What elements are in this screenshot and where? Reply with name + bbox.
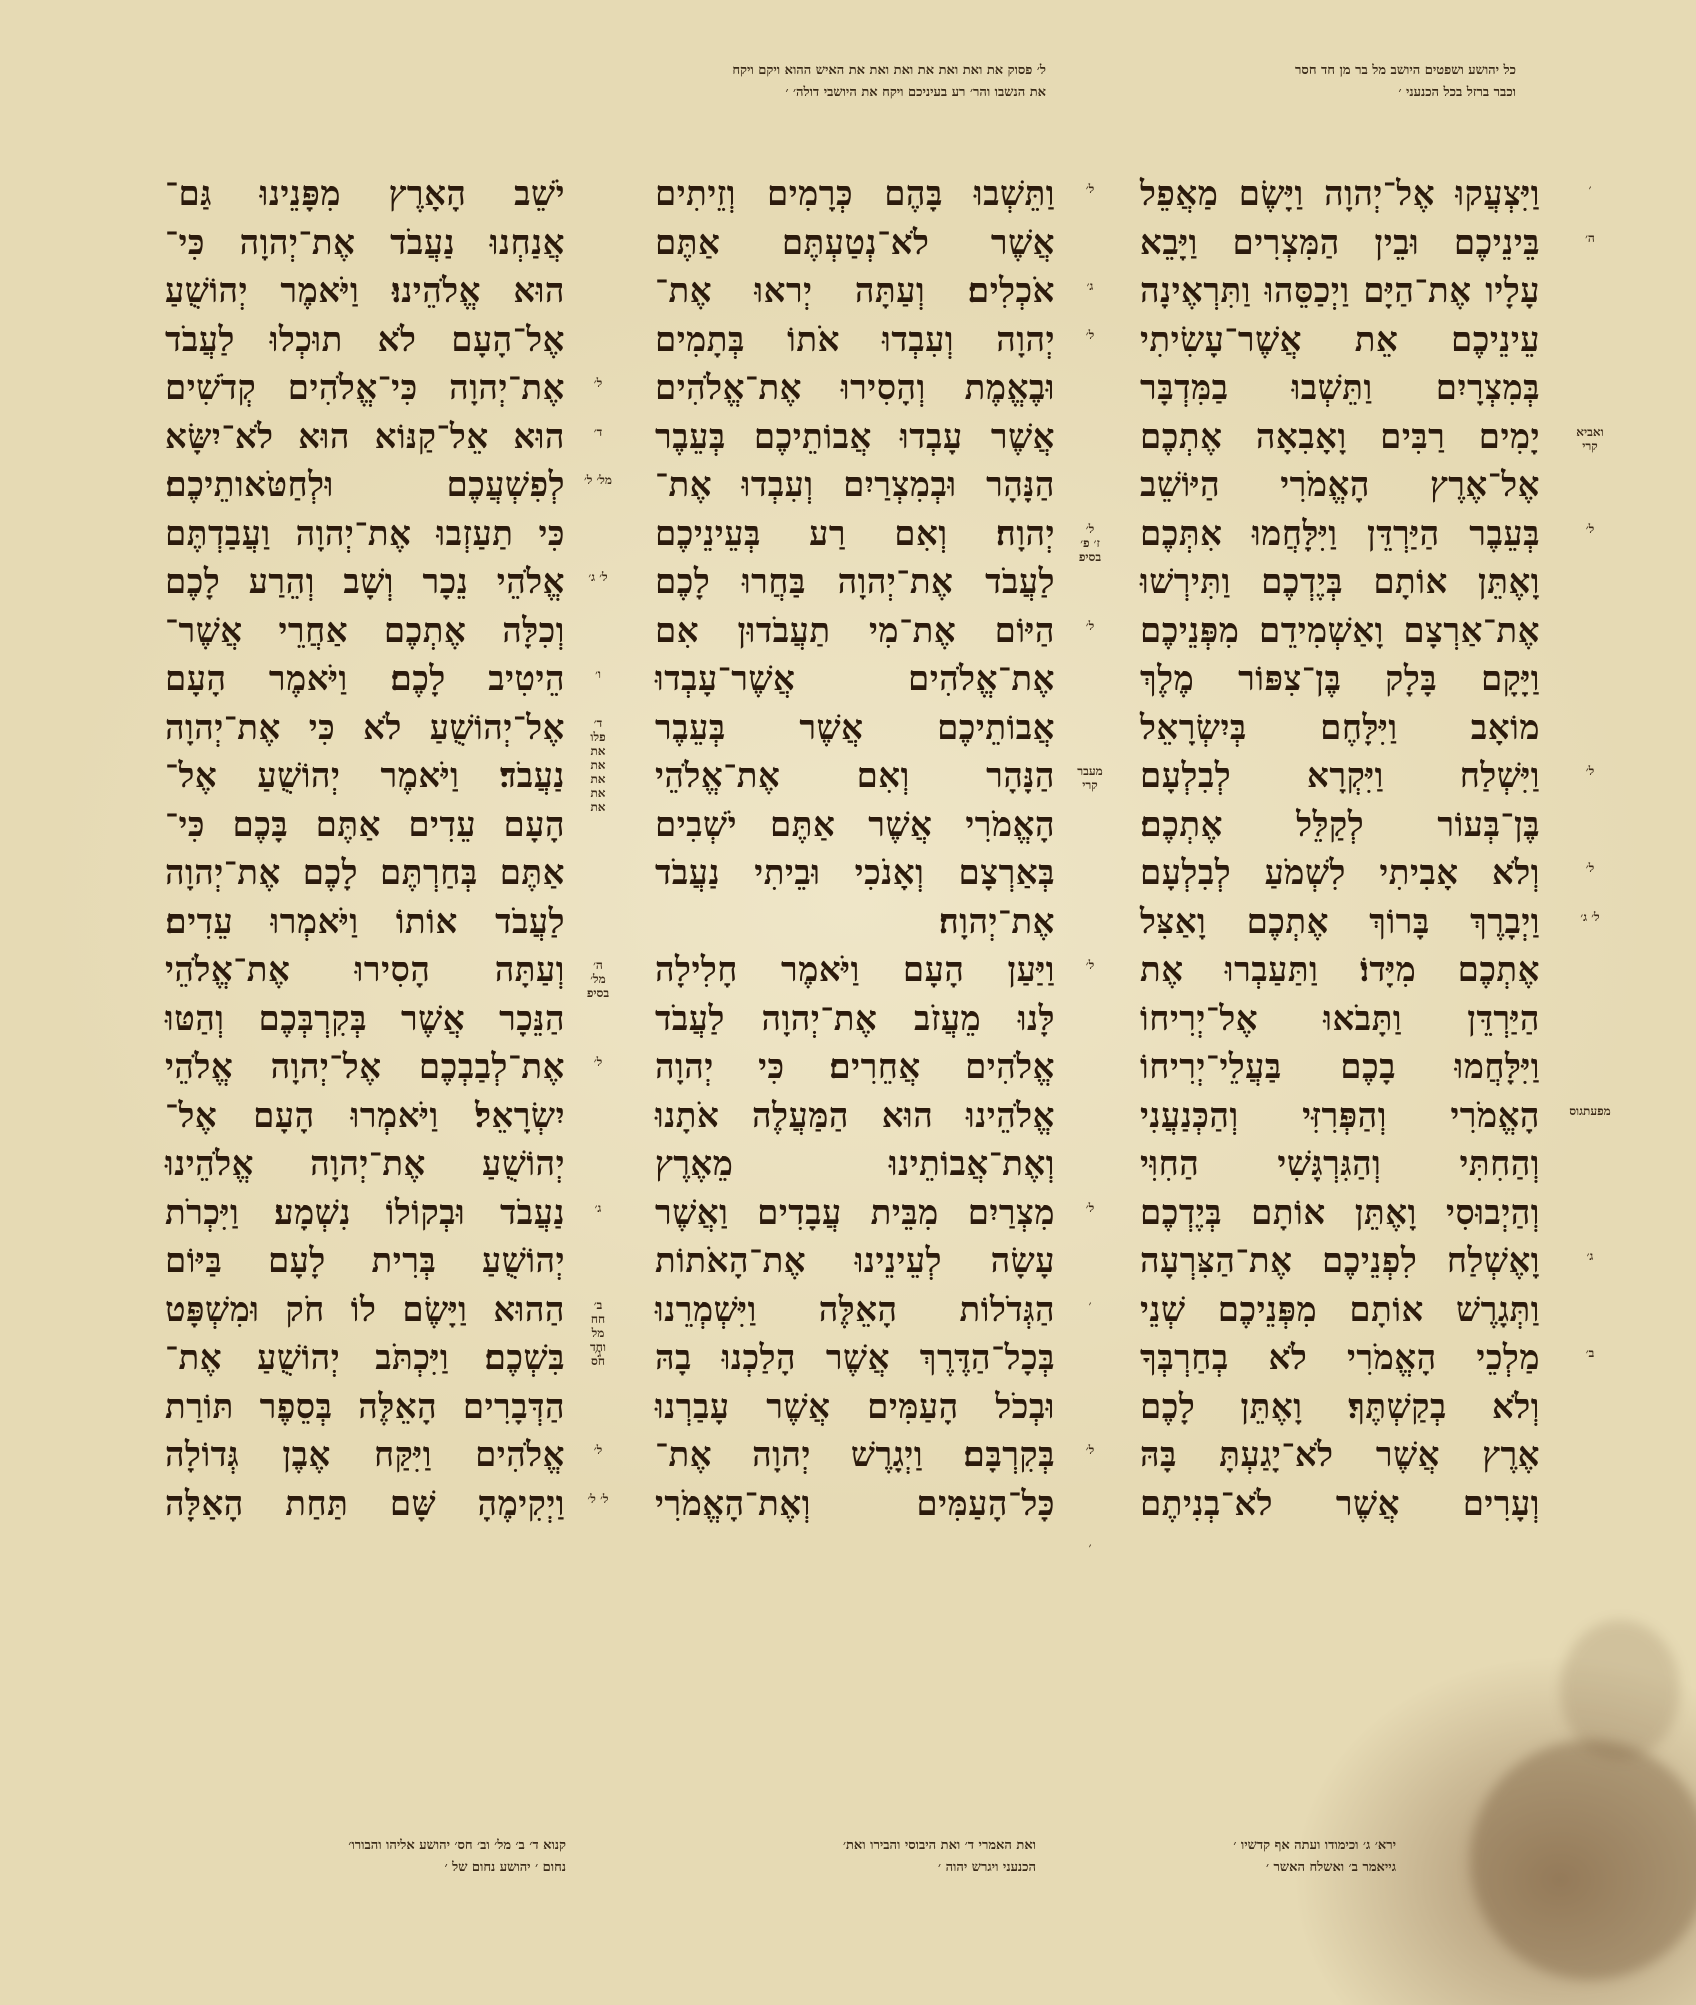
text-line: יְהוָה׃ וְאִם רַע בְּעֵינֵיכֶם <box>655 510 1055 559</box>
text-line: הוּא אֵל־קַנּוֹא הוּא לֹא־יִשָּׂא <box>165 413 565 462</box>
text-line: וָאֶתֵּן אוֹתָם בְּיֶדְכֶם וַתִּירְשׁוּ <box>1140 558 1540 607</box>
text-line: וַתֵּשְׁבוּ בָּהֶם כְּרָמִים וְזֵיתִים <box>655 170 1055 219</box>
masora-parva-note: מל׳ ל׳ <box>568 473 628 487</box>
text-line: בְּכָל־הַדֶּרֶךְ אֲשֶׁר הָלַכְנוּ בָהּ <box>655 1334 1055 1383</box>
text-line: יְהוָה וְעִבְדוּ אֹתוֹ בְּתָמִים <box>655 316 1055 365</box>
text-line: אֶת־אֱלֹהִים אֲשֶׁר־עָבְדוּ <box>655 655 1055 704</box>
text-line: וַיְקִימֶהָ שָּׁם תַּחַת הָאַלָּה <box>165 1480 565 1529</box>
text-line: וַיְבָרֶךְ בָּרוֹךְ אֶתְכֶם וָאַצִּל <box>1140 898 1540 947</box>
text-line: וַיַּעַן הָעָם וַיֹּאמֶר חָלִילָה <box>655 946 1055 995</box>
text-line: כִּי תַעַזְבוּ אֶת־יְהוָה וַעֲבַדְתֶּם <box>165 510 565 559</box>
text-line: הַנָּהָר וּבְמִצְרַיִם וְעִבְדוּ אֶת־ <box>655 461 1055 510</box>
text-line: אֶת־לְבַבְכֶם אֶל־יְהוָה אֱלֹהֵי <box>165 1043 565 1092</box>
text-line: וְעַתָּה הָסִירוּ אֶת־אֱלֹהֵי <box>165 946 565 995</box>
masora-parva-note: ל׳ ז׳ פ׳ בסיפ <box>1060 522 1120 564</box>
text-line: הֵיטִיב לָכֶם׃ וַיֹּאמֶר הָעָם <box>165 655 565 704</box>
masora-parva-note: ל׳ ג׳ <box>568 570 628 584</box>
text-line: אֲשֶׁר עָבְדוּ אֲבוֹתֵיכֶם בְּעֵבֶר <box>655 413 1055 462</box>
text-line: אַתֶּם בְּחַרְתֶּם לָכֶם אֶת־יְהוָה <box>165 849 565 898</box>
masora-line: כל יהושע ושפטים היושב מל בר מן חד חסר <box>1295 60 1516 82</box>
text-column-right: וַיִּצְעֲקוּ אֶל־יְהוָה וַיָּשֶׂם מַאֲפֵ… <box>1140 170 1540 1528</box>
text-line: עָשָׂה לְעֵינֵינוּ אֶת־הָאֹתוֹת <box>655 1237 1055 1286</box>
masora-parva-note: ל׳ <box>1060 182 1120 196</box>
text-line: אֲנַחְנוּ נַעֲבֹד אֶת־יְהוָה כִּי־ <box>165 219 565 268</box>
text-line: אֱלֹהֵי נֵכָר וְשָׁב וְהֵרַע לָכֶם <box>165 558 565 607</box>
masora-parva-note: ל׳ <box>1560 861 1620 875</box>
masora-parva-note: מפעתגוס <box>1560 1104 1620 1118</box>
masora-parva-note: ה׳ מל׳ בסיפ <box>568 958 628 1000</box>
masora-line: גייאמר ב׳ ואשלח האשר ׳ <box>1233 1857 1396 1879</box>
masora-parva-note: ד׳ <box>568 425 628 439</box>
parchment-stain <box>1560 1620 1680 1760</box>
text-line: הָאֱמֹרִי וְהַפְּרִזִּי וְהַכְּנַעֲנִי <box>1140 1092 1540 1141</box>
text-line: הַגְּדֹלוֹת הָאֵלֶּה וַיִּשְׁמְרֵנוּ <box>655 1286 1055 1335</box>
text-line: וְלֹא אָבִיתִי לִשְׁמֹעַ לְבִלְעָם <box>1140 849 1540 898</box>
text-line: הוּא אֱלֹהֵינוּ׃ וַיֹּאמֶר יְהוֹשֻׁעַ <box>165 267 565 316</box>
text-column-left: יֹשֵׁב הָאָרֶץ מִפָּנֵינוּ גַּם־אֲנַחְנו… <box>165 170 565 1528</box>
text-line: הַנָּהָר וְאִם אֶת־אֱלֹהֵי <box>655 752 1055 801</box>
masora-parva-note: ג׳ <box>568 1346 628 1360</box>
masora-parva-note: ה׳ <box>1560 231 1620 245</box>
text-line: וְלֹא בְקַשְׁתֶּךָ׃ וָאֶתֵּן לָכֶם <box>1140 1383 1540 1432</box>
text-line: יְהוֹשֻׁעַ אֶת־יְהוָה אֱלֹהֵינוּ <box>165 1140 565 1189</box>
text-line: וְהַחִתִּי וְהַגִּרְגָּשִׁי הַחִוִּי <box>1140 1140 1540 1189</box>
text-line: אֹכְלִים׃ וְעַתָּה יְראוּ אֶת־ <box>655 267 1055 316</box>
masora-parva-note: מעבר קרי <box>1060 764 1120 792</box>
text-line: מוֹאָב וַיִּלָּחֶם בְּיִשְׂרָאֵל <box>1140 704 1540 753</box>
text-line: בֶּן־בְּעוֹר לְקַלֵּל אֶתְכֶם׃ <box>1140 801 1540 850</box>
masora-parva-note: ל׳ ל׳ <box>568 1492 628 1506</box>
text-line: אֶל־הָעָם לֹא תוּכְלוּ לַעֲבֹד <box>165 316 565 365</box>
masora-parva-note: ואביא קרי <box>1560 425 1620 453</box>
masora-parva-note: ל׳ ג׳ <box>1560 910 1620 924</box>
text-line: אֲשֶׁר לֹא־נְטַעְתֶּם אַתֶּם <box>655 219 1055 268</box>
masora-line: וכבר ברזל בכל הכנעני ׳ <box>1295 82 1516 104</box>
text-line: לְפִשְׁעֲכֶם וּלְחַטֹּאותֵיכֶם׃ <box>165 461 565 510</box>
text-line: אֱלֹהֵינוּ הוּא הַמַּעֲלֶה אֹתָנוּ <box>655 1092 1055 1141</box>
text-line: יִשְׂרָאֵל׃ וַיֹּאמְרוּ הָעָם אֶל־ <box>165 1092 565 1141</box>
text-line: הַיּוֹם אֶת־מִי תַעֲבֹדוּן אִם <box>655 607 1055 656</box>
masora-parva-note: ל׳ <box>1060 958 1120 972</box>
masora-line: קנוא ד׳ ב׳ מל׳ וב׳ חס׳ יהושע אליהו והבור… <box>348 1835 566 1857</box>
masora-parva-note: ג׳ <box>1060 279 1120 293</box>
text-line: נַעֲבֹד׃ וַיֹּאמֶר יְהוֹשֻׁעַ אֶל־ <box>165 752 565 801</box>
masora-parva-note: ׳ <box>1060 1540 1120 1554</box>
text-line: אֶל־יְהוֹשֻׁעַ לֹא כִּי אֶת־יְהוָה <box>165 704 565 753</box>
text-line: יָמִים רַבִּים וָאָבִאָה אֶתְכֶם <box>1140 413 1540 462</box>
text-line: אֶת־יְהוָה כִּי־אֱלֹהִים קְדֹשִׁים <box>165 364 565 413</box>
masora-parva-note: ל׳ <box>1060 1443 1120 1457</box>
masora-line: את הנשבו והר׳ רע בעיניכם ויקח את היושבי … <box>732 82 1046 104</box>
text-line: מַלְכֵי הָאֱמֹרִי לֹא בְחַרְבְּךָ <box>1140 1334 1540 1383</box>
text-line: וְכִלָּה אֶתְכֶם אַחֲרֵי אֲשֶׁר־ <box>165 607 565 656</box>
bottom-masora-right: ירא׳ ג׳ וכימודו ועתה אף קדשיו ׳ גייאמר ב… <box>1233 1835 1396 1879</box>
text-line: אֱלֹהִים וַיִּקַּח אֶבֶן גְּדוֹלָה <box>165 1431 565 1480</box>
masora-parva-note: ל׳ <box>1060 1201 1120 1215</box>
text-column-center: וַתֵּשְׁבוּ בָּהֶם כְּרָמִים וְזֵיתִיםאֲ… <box>655 170 1055 1528</box>
text-line: אֶל־אֶרֶץ הָאֱמֹרִי הַיּוֹשֵׁב <box>1140 461 1540 510</box>
text-line: לַעֲבֹד אוֹתוֹ וַיֹּאמְרוּ עֵדִים׃ <box>165 898 565 947</box>
masora-parva-note: ד׳ פלו את את את את את <box>568 716 628 814</box>
text-line: וְעָרִים אֲשֶׁר לֹא־בְנִיתֶם <box>1140 1480 1540 1529</box>
text-line: הַנֵּכָר אֲשֶׁר בְּקִרְבְּכֶם וְהַטּוּ <box>165 995 565 1044</box>
text-line: בֵּינֵיכֶם וּבֵין הַמִּצְרִים וַיָּבֵא <box>1140 219 1540 268</box>
text-line: וְאֶת־אֲבוֹתֵינוּ מֵאֶרֶץ <box>655 1140 1055 1189</box>
masora-parva-note: ג׳ <box>1560 1249 1620 1263</box>
text-line: אֶת־יְהוָה׃ <box>655 898 1055 947</box>
text-line: וַתְּגָרֶשׁ אוֹתָם מִפְּנֵיכֶם שְׁנֵי <box>1140 1286 1540 1335</box>
top-masora-center: ל׳ פסוק את ואת ואת את ואת ואת את האיש הה… <box>732 60 1046 104</box>
text-line: הַדְּבָרִים הָאֵלֶּה בְּסֵפֶר תּוֹרַת <box>165 1383 565 1432</box>
text-line: כָּל־הָעַמִּים וְאֶת־הָאֱמֹרִי <box>655 1480 1055 1529</box>
manuscript-page: כל יהושע ושפטים היושב מל בר מן חד חסר וכ… <box>0 0 1696 2005</box>
text-line: וּבְכֹל הָעַמִּים אֲשֶׁר עָבַרְנוּ <box>655 1383 1055 1432</box>
masora-parva-note: ל׳ <box>568 1443 628 1457</box>
top-masora-right: כל יהושע ושפטים היושב מל בר מן חד חסר וכ… <box>1295 60 1516 104</box>
text-line: בְּאַרְצָם וְאָנֹכִי וּבֵיתִי נַעֲבֹד <box>655 849 1055 898</box>
text-line: וַיִּצְעֲקוּ אֶל־יְהוָה וַיָּשֶׂם מַאֲפֵ… <box>1140 170 1540 219</box>
text-line: עֵינֵיכֶם אֵת אֲשֶׁר־עָשִׂיתִי <box>1140 316 1540 365</box>
text-line: וַיָּקָם בָּלָק בֶּן־צִפּוֹר מֶלֶךְ <box>1140 655 1540 704</box>
text-line: בְּקִרְבָּם׃ וַיְגָרֶשׁ יְהוָה אֶת־ <box>655 1431 1055 1480</box>
text-line: מִצְרַיִם מִבֵּית עֲבָדִים וַאֲשֶׁר <box>655 1189 1055 1238</box>
masora-parva-note: ׳ <box>1560 182 1620 196</box>
masora-parva-note: ג׳ <box>568 1201 628 1215</box>
masora-parva-note: ל׳ <box>1560 764 1620 778</box>
masora-parva-note: ׳ <box>1060 1298 1120 1312</box>
text-line: הָעָם עֵדִים אַתֶּם בָּכֶם כִּי־ <box>165 801 565 850</box>
text-line: לַעֲבֹד אֶת־יְהוָה בַּחֲרוּ לָכֶם <box>655 558 1055 607</box>
bottom-masora-center: ואת האמרי ד׳ ואת היבוסי והבירו ואת׳ הכנע… <box>843 1835 1036 1879</box>
text-line: נַעֲבֹד וּבְקוֹלוֹ נִשְׁמָע׃ וַיִּכְרֹת <box>165 1189 565 1238</box>
text-line: בִּשְׁכֶם׃ וַיִּכְתֹּב יְהוֹשֻׁעַ אֶת־ <box>165 1334 565 1383</box>
text-line: אֲבוֹתֵיכֶם אֲשֶׁר בְּעֵבֶר <box>655 704 1055 753</box>
masora-parva-note: ל׳ <box>1060 328 1120 342</box>
text-line: וַיִּלָּחֲמוּ בָכֶם בַּעֲלֵי־יְרִיחוֹ <box>1140 1043 1540 1092</box>
masora-parva-note: ל׳ <box>1060 619 1120 633</box>
text-line: לָּנוּ מֵעֲזֹב אֶת־יְהוָה לַעֲבֹד <box>655 995 1055 1044</box>
masora-parva-note: ל׳ <box>568 376 628 390</box>
text-line: אֱלֹהִים אֲחֵרִים׃ כִּי יְהוָה <box>655 1043 1055 1092</box>
masora-line: ואת האמרי ד׳ ואת היבוסי והבירו ואת׳ <box>843 1835 1036 1857</box>
masora-parva-note: ב׳ <box>1560 1346 1620 1360</box>
text-line: וַיִּשְׁלַח וַיִּקְרָא לְבִלְעָם <box>1140 752 1540 801</box>
masora-parva-note: ל׳ <box>1560 522 1620 536</box>
text-line: בְּעֵבֶר הַיַּרְדֵּן וַיִּלָּחֲמוּ אִתְּ… <box>1140 510 1540 559</box>
parchment-stain <box>1470 1740 1696 1980</box>
text-line: יְהוֹשֻׁעַ בְּרִית לָעָם בַּיּוֹם <box>165 1237 565 1286</box>
masora-parva-note: ו׳ <box>568 667 628 681</box>
masora-line: ל׳ פסוק את ואת ואת את ואת ואת את האיש הה… <box>732 60 1046 82</box>
text-line: הָאֱמֹרִי אֲשֶׁר אַתֶּם יֹשְׁבִים <box>655 801 1055 850</box>
text-line: וָאֶשְׁלַח לִפְנֵיכֶם אֶת־הַצִּרְעָה <box>1140 1237 1540 1286</box>
text-line: הַהוּא וַיָּשֶׂם לוֹ חֹק וּמִשְׁפָּט <box>165 1286 565 1335</box>
masora-line: נחום ׳ יהושע נחום של ׳ <box>348 1857 566 1879</box>
text-line: בְּמִצְרָיִם וַתֵּשְׁבוּ בַמִּדְבָּר <box>1140 364 1540 413</box>
text-line: אֶרֶץ אֲשֶׁר לֹא־יָגַעְתָּ בָּהּ <box>1140 1431 1540 1480</box>
text-line: וְהַיְבוּסִי וָאֶתֵּן אוֹתָם בְּיֶדְכֶם <box>1140 1189 1540 1238</box>
text-line: אֶת־אַרְצָם וָאַשְׁמִידֵם מִפְּנֵיכֶם <box>1140 607 1540 656</box>
masora-line: הכנעני ויגרש יהוה ׳ <box>843 1857 1036 1879</box>
bottom-masora-left: קנוא ד׳ ב׳ מל׳ וב׳ חס׳ יהושע אליהו והבור… <box>348 1835 566 1879</box>
masora-line: ירא׳ ג׳ וכימודו ועתה אף קדשיו ׳ <box>1233 1835 1396 1857</box>
text-line: וּבֶאֱמֶת וְהָסִירוּ אֶת־אֱלֹהִים <box>655 364 1055 413</box>
text-line: יֹשֵׁב הָאָרֶץ מִפָּנֵינוּ גַּם־ <box>165 170 565 219</box>
text-line: הַיַּרְדֵּן וַתָּבֹאוּ אֶל־יְרִיחוֹ <box>1140 995 1540 1044</box>
masora-parva-note: ל׳ <box>568 1055 628 1069</box>
text-line: עָלָיו אֶת־הַיָּם וַיְכַסֵּהוּ וַתִּרְאֶ… <box>1140 267 1540 316</box>
text-line: אֶתְכֶם מִיָּדוֹ׃ וַתַּעַבְרוּ אֶת <box>1140 946 1540 995</box>
